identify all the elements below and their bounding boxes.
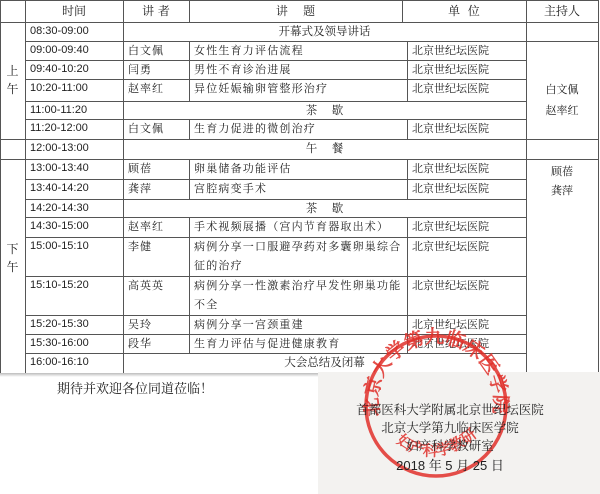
row-topic: 宫腔病变手术 xyxy=(189,179,407,199)
row-time: 08:30-09:00 xyxy=(25,22,123,41)
grid-line xyxy=(0,0,599,1)
grid-line xyxy=(189,41,190,61)
row-speaker: 段华 xyxy=(123,334,189,353)
row-speaker: 白文佩 xyxy=(123,41,189,60)
row-topic-span: 茶 歇 xyxy=(123,101,526,119)
grid-line xyxy=(189,0,190,23)
grid-line xyxy=(25,179,527,180)
row-time: 13:40-14:20 xyxy=(25,179,123,199)
row-time: 09:00-09:40 xyxy=(25,41,123,60)
row-time: 14:30-15:00 xyxy=(25,217,123,237)
row-unit: 北京世纪坛医院 xyxy=(407,119,526,139)
grid-line xyxy=(25,41,527,42)
row-time: 11:20-12:00 xyxy=(25,119,123,139)
row-time: 15:30-16:00 xyxy=(25,334,123,353)
grid-line xyxy=(25,237,527,238)
row-speaker: 赵率红 xyxy=(123,217,189,237)
grid-line xyxy=(123,0,124,374)
grid-line xyxy=(0,22,599,23)
host-morning-1: 白文佩 xyxy=(526,80,598,99)
row-speaker: 赵率红 xyxy=(123,79,189,101)
row-topic: 女性生育力评估流程 xyxy=(189,41,407,60)
row-unit: 北京世纪坛医院 xyxy=(407,79,526,101)
row-speaker: 高英英 xyxy=(123,276,189,315)
session-label-afternoon-1: 下 xyxy=(0,240,25,258)
row-speaker: 吴玲 xyxy=(123,315,189,334)
footer-date: 2018 年 5 月 25 日 xyxy=(300,455,600,474)
row-time: 10:20-11:00 xyxy=(25,79,123,101)
row-speaker: 龚萍 xyxy=(123,179,189,199)
row-topic: 病例分享一性激素治疗早发性卵巢功能不全 xyxy=(189,276,407,315)
grid-line xyxy=(25,276,527,277)
grid-line xyxy=(407,237,408,277)
row-speaker: 白文佩 xyxy=(123,119,189,139)
grid-line xyxy=(407,79,408,102)
row-unit: 北京世纪坛医院 xyxy=(407,237,526,276)
grid-line xyxy=(189,237,190,277)
grid-line xyxy=(0,159,599,160)
grid-line xyxy=(189,119,190,140)
grid-line xyxy=(598,0,599,374)
row-topic: 生育力促进的微创治疗 xyxy=(189,119,407,139)
grid-line xyxy=(25,315,527,316)
row-topic: 卵巢储备功能评估 xyxy=(189,159,407,179)
row-time: 11:00-11:20 xyxy=(25,101,123,119)
grid-line xyxy=(25,119,527,120)
host-afternoon-1: 顾蓓 xyxy=(526,162,598,181)
grid-line xyxy=(189,60,190,80)
host-afternoon-2: 龚萍 xyxy=(526,181,598,200)
row-time: 15:10-15:20 xyxy=(25,276,123,315)
header-host: 主持人 xyxy=(526,0,598,22)
header-topic: 讲 题 xyxy=(189,0,402,22)
row-unit: 北京世纪坛医院 xyxy=(407,276,526,315)
header-speaker: 讲 者 xyxy=(123,0,189,22)
grid-line xyxy=(189,179,190,200)
row-unit: 北京世纪坛医院 xyxy=(407,41,526,60)
row-topic-span: 茶 歇 xyxy=(123,199,526,217)
row-unit: 北京世纪坛医院 xyxy=(407,179,526,199)
row-time: 12:00-13:00 xyxy=(25,139,123,159)
row-topic: 病例分享一口服避孕药对多囊卵巢综合征的治疗 xyxy=(189,237,407,276)
grid-line xyxy=(526,0,527,374)
grid-line xyxy=(407,276,408,316)
grid-line xyxy=(407,217,408,238)
greeting-text: 期待并欢迎各位同道莅临！ xyxy=(57,378,213,397)
grid-line xyxy=(25,217,527,218)
grid-line xyxy=(189,217,190,238)
footer-line-3: 妇产科学教研室 xyxy=(300,436,600,454)
grid-line xyxy=(189,334,190,354)
row-time: 16:00-16:10 xyxy=(25,353,123,373)
session-label-morning-1: 上 xyxy=(0,62,25,80)
grid-line xyxy=(407,41,408,61)
row-unit: 北京世纪坛医院 xyxy=(407,217,526,237)
row-topic: 手术视频展播（宫内节育器取出术） xyxy=(189,217,407,237)
row-topic: 异位妊娠输卵管整形治疗 xyxy=(189,79,407,101)
row-topic-span: 开幕式及领导讲话 xyxy=(123,22,526,41)
row-unit: 北京世纪坛医院 xyxy=(407,159,526,179)
row-speaker: 李健 xyxy=(123,237,189,276)
footer-line-2: 北京大学第九临床医学院 xyxy=(300,418,600,436)
row-time: 13:00-13:40 xyxy=(25,159,123,179)
grid-line xyxy=(25,101,527,102)
row-time: 14:20-14:30 xyxy=(25,199,123,217)
grid-line xyxy=(407,179,408,200)
grid-line xyxy=(402,0,403,23)
grid-line xyxy=(189,276,190,316)
row-time: 15:20-15:30 xyxy=(25,315,123,334)
grid-line xyxy=(25,79,527,80)
grid-line xyxy=(189,79,190,102)
grid-line xyxy=(0,139,599,140)
grid-line xyxy=(189,315,190,335)
grid-line xyxy=(25,60,527,61)
row-topic-span: 午 餐 xyxy=(123,139,526,159)
grid-line xyxy=(189,159,190,180)
grid-line xyxy=(407,159,408,180)
row-unit: 北京世纪坛医院 xyxy=(407,60,526,79)
header-time: 时间 xyxy=(25,0,123,22)
grid-line xyxy=(407,119,408,140)
row-topic: 男性不育诊治进展 xyxy=(189,60,407,79)
session-label-morning-2: 午 xyxy=(0,80,25,98)
row-speaker: 闫勇 xyxy=(123,60,189,79)
header-unit: 单 位 xyxy=(402,0,526,22)
row-time: 15:00-15:10 xyxy=(25,237,123,276)
grid-line xyxy=(0,0,1,374)
grid-line xyxy=(25,199,527,200)
session-label-afternoon-2: 午 xyxy=(0,258,25,276)
grid-line xyxy=(407,60,408,80)
grid-line xyxy=(526,41,599,42)
grid-line xyxy=(25,0,26,374)
row-time: 09:40-10:20 xyxy=(25,60,123,79)
footer-line-1: 首都医科大学附属北京世纪坛医院 xyxy=(300,400,600,418)
row-speaker: 顾蓓 xyxy=(123,159,189,179)
host-morning-2: 赵率红 xyxy=(526,101,598,120)
